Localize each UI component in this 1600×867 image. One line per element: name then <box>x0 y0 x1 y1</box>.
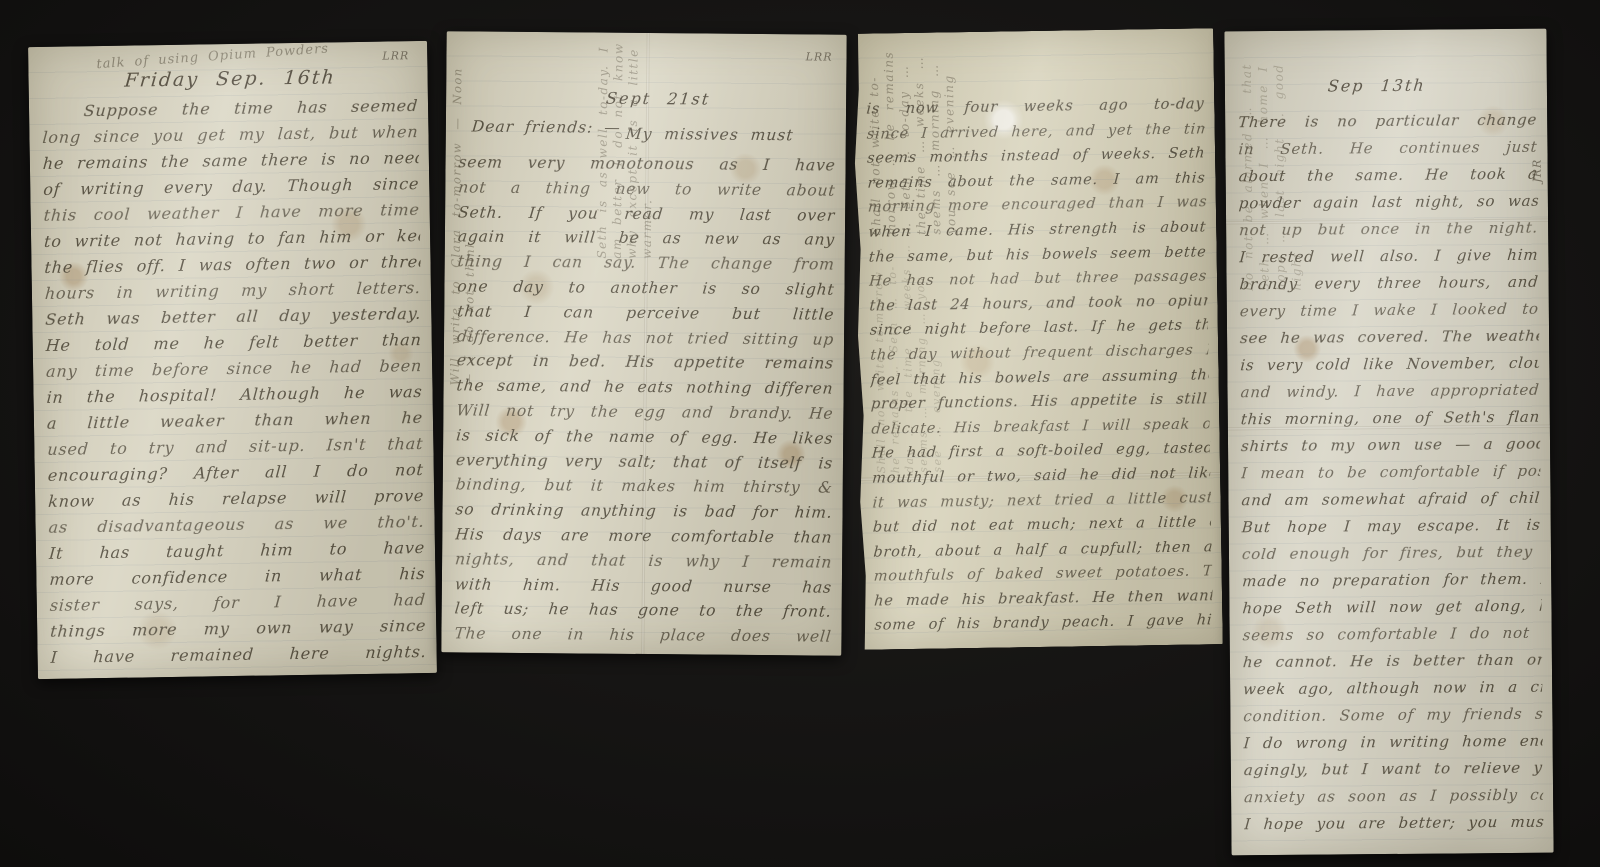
handwritten-line: binding, but it makes him thirsty & <box>455 473 834 501</box>
handwritten-line: I rested well also. I give him <box>1238 242 1539 272</box>
handwritten-line: the same, and he eats nothing different. <box>455 374 834 402</box>
handwritten-line: this morning, one of Seth's flannel <box>1240 404 1541 434</box>
handwritten-line: There is no particular change <box>1237 107 1538 137</box>
handwritten-line: I mean to be comfortable if possible <box>1240 458 1541 488</box>
handwritten-line: cold enough for fires, but they have <box>1241 539 1542 569</box>
handwritten-line: not a thing new to write about <box>457 175 836 203</box>
handwritten-line: see he was covered. The weather <box>1239 323 1540 353</box>
letter-page-3: Shall not write to-morrow … he remains …… <box>852 28 1223 650</box>
handwritten-line: about the same. He took a <box>1238 161 1539 191</box>
letter-body: seem very monotonous as I havenot a thin… <box>454 150 835 649</box>
handwritten-line: condition. Some of my friends say <box>1242 701 1543 731</box>
handwritten-line: I have remained here nights. <box>50 639 428 671</box>
handwritten-line: brandy every three hours, and <box>1239 269 1540 299</box>
handwritten-line: shirts to my own use — a good fit. <box>1240 431 1541 461</box>
date-heading: Sep 13th <box>1327 76 1427 96</box>
handwritten-line: is sick of the name of egg. He likes <box>455 423 834 451</box>
handwritten-line: and windy. I have appropriated <box>1240 377 1541 407</box>
handwritten-line: anxiety as soon as I possibly can. <box>1243 782 1544 812</box>
handwritten-line: seem very monotonous as I have <box>457 150 836 178</box>
handwritten-line: nights, and that is why I remain <box>454 547 833 575</box>
handwritten-line: and am somewhat afraid of chills. <box>1240 485 1541 515</box>
initials-mark: LRR <box>382 49 409 62</box>
handwritten-line: I hope you are better; you must <box>1243 809 1544 839</box>
letter-body: There is no particular changein Seth. He… <box>1238 107 1543 839</box>
handwritten-line: I do wrong in writing home encour- <box>1243 728 1544 758</box>
handwritten-line: except in bed. His appetite remains <box>456 349 835 377</box>
letter-body: is now four weeks ago to-daysince I arri… <box>866 92 1212 638</box>
handwritten-line: in Seth. He continues just <box>1237 134 1538 164</box>
handwritten-line: hope Seth will now get along, he <box>1241 593 1542 623</box>
handwritten-line: every time I wake I looked to <box>1239 296 1540 326</box>
handwritten-line: that I can perceive but little <box>456 299 835 327</box>
opening-line: My missives must <box>625 125 833 145</box>
letter-body: Suppose the time has seemedlong since yo… <box>42 93 427 671</box>
handwritten-line: with him. His good nurse has <box>454 572 833 600</box>
letter-page-4: Do not be alarmed … that Seth … when I …… <box>1224 29 1553 856</box>
handwritten-line: agingly, but I want to relieve your <box>1243 755 1544 785</box>
handwritten-line: again it will be as new as any <box>457 225 836 253</box>
handwritten-line: His days are more comfortable than <box>454 522 833 550</box>
handwritten-line: difference. He has not tried sitting up <box>456 324 835 352</box>
handwritten-line: so drinking anything is bad for him. <box>454 498 833 526</box>
handwritten-line: seems so comfortable I do not see why <box>1242 620 1543 650</box>
handwritten-line: Will not try the egg and brandy. He <box>455 398 834 426</box>
handwritten-line: made no preparation for them. I do <box>1241 566 1542 596</box>
handwritten-line: Seth. If you read my last over <box>457 200 836 228</box>
date-heading: Friday Sep. 16th <box>123 66 336 91</box>
letter-page-2: Will write to Clara to-morrow — Noon — I… <box>441 31 846 655</box>
handwritten-line: week ago, although now in a critical <box>1242 674 1543 704</box>
handwritten-line: left us; he has gone to the front. <box>453 597 832 625</box>
handwritten-line: he cannot. He is better than one <box>1242 647 1543 677</box>
handwritten-line: not up but once in the night. <box>1238 215 1539 245</box>
handwritten-line: some of his brandy peach. I gave him <box>874 609 1214 639</box>
date-heading: Sept 21st <box>605 89 711 109</box>
handwritten-line: one day to another is so slight <box>456 274 835 302</box>
handwritten-line: is very cold like November, cloudy <box>1239 350 1540 380</box>
initials-mark: LRR <box>806 50 833 63</box>
handwritten-line: thing I can say. The change from <box>457 250 836 278</box>
handwritten-line: powder again last night, so was <box>1238 188 1539 218</box>
letter-page-1: talk of using Opium Powders LRR Friday S… <box>28 41 437 679</box>
handwritten-line: But hope I may escape. It is <box>1241 512 1542 542</box>
salutation: Dear friends: — <box>471 117 622 136</box>
handwritten-line: everything very salt; that of itself is <box>455 448 834 476</box>
handwritten-line: The one in his place does well <box>453 622 832 650</box>
photo-of-letters: talk of using Opium Powders LRR Friday S… <box>0 0 1600 867</box>
